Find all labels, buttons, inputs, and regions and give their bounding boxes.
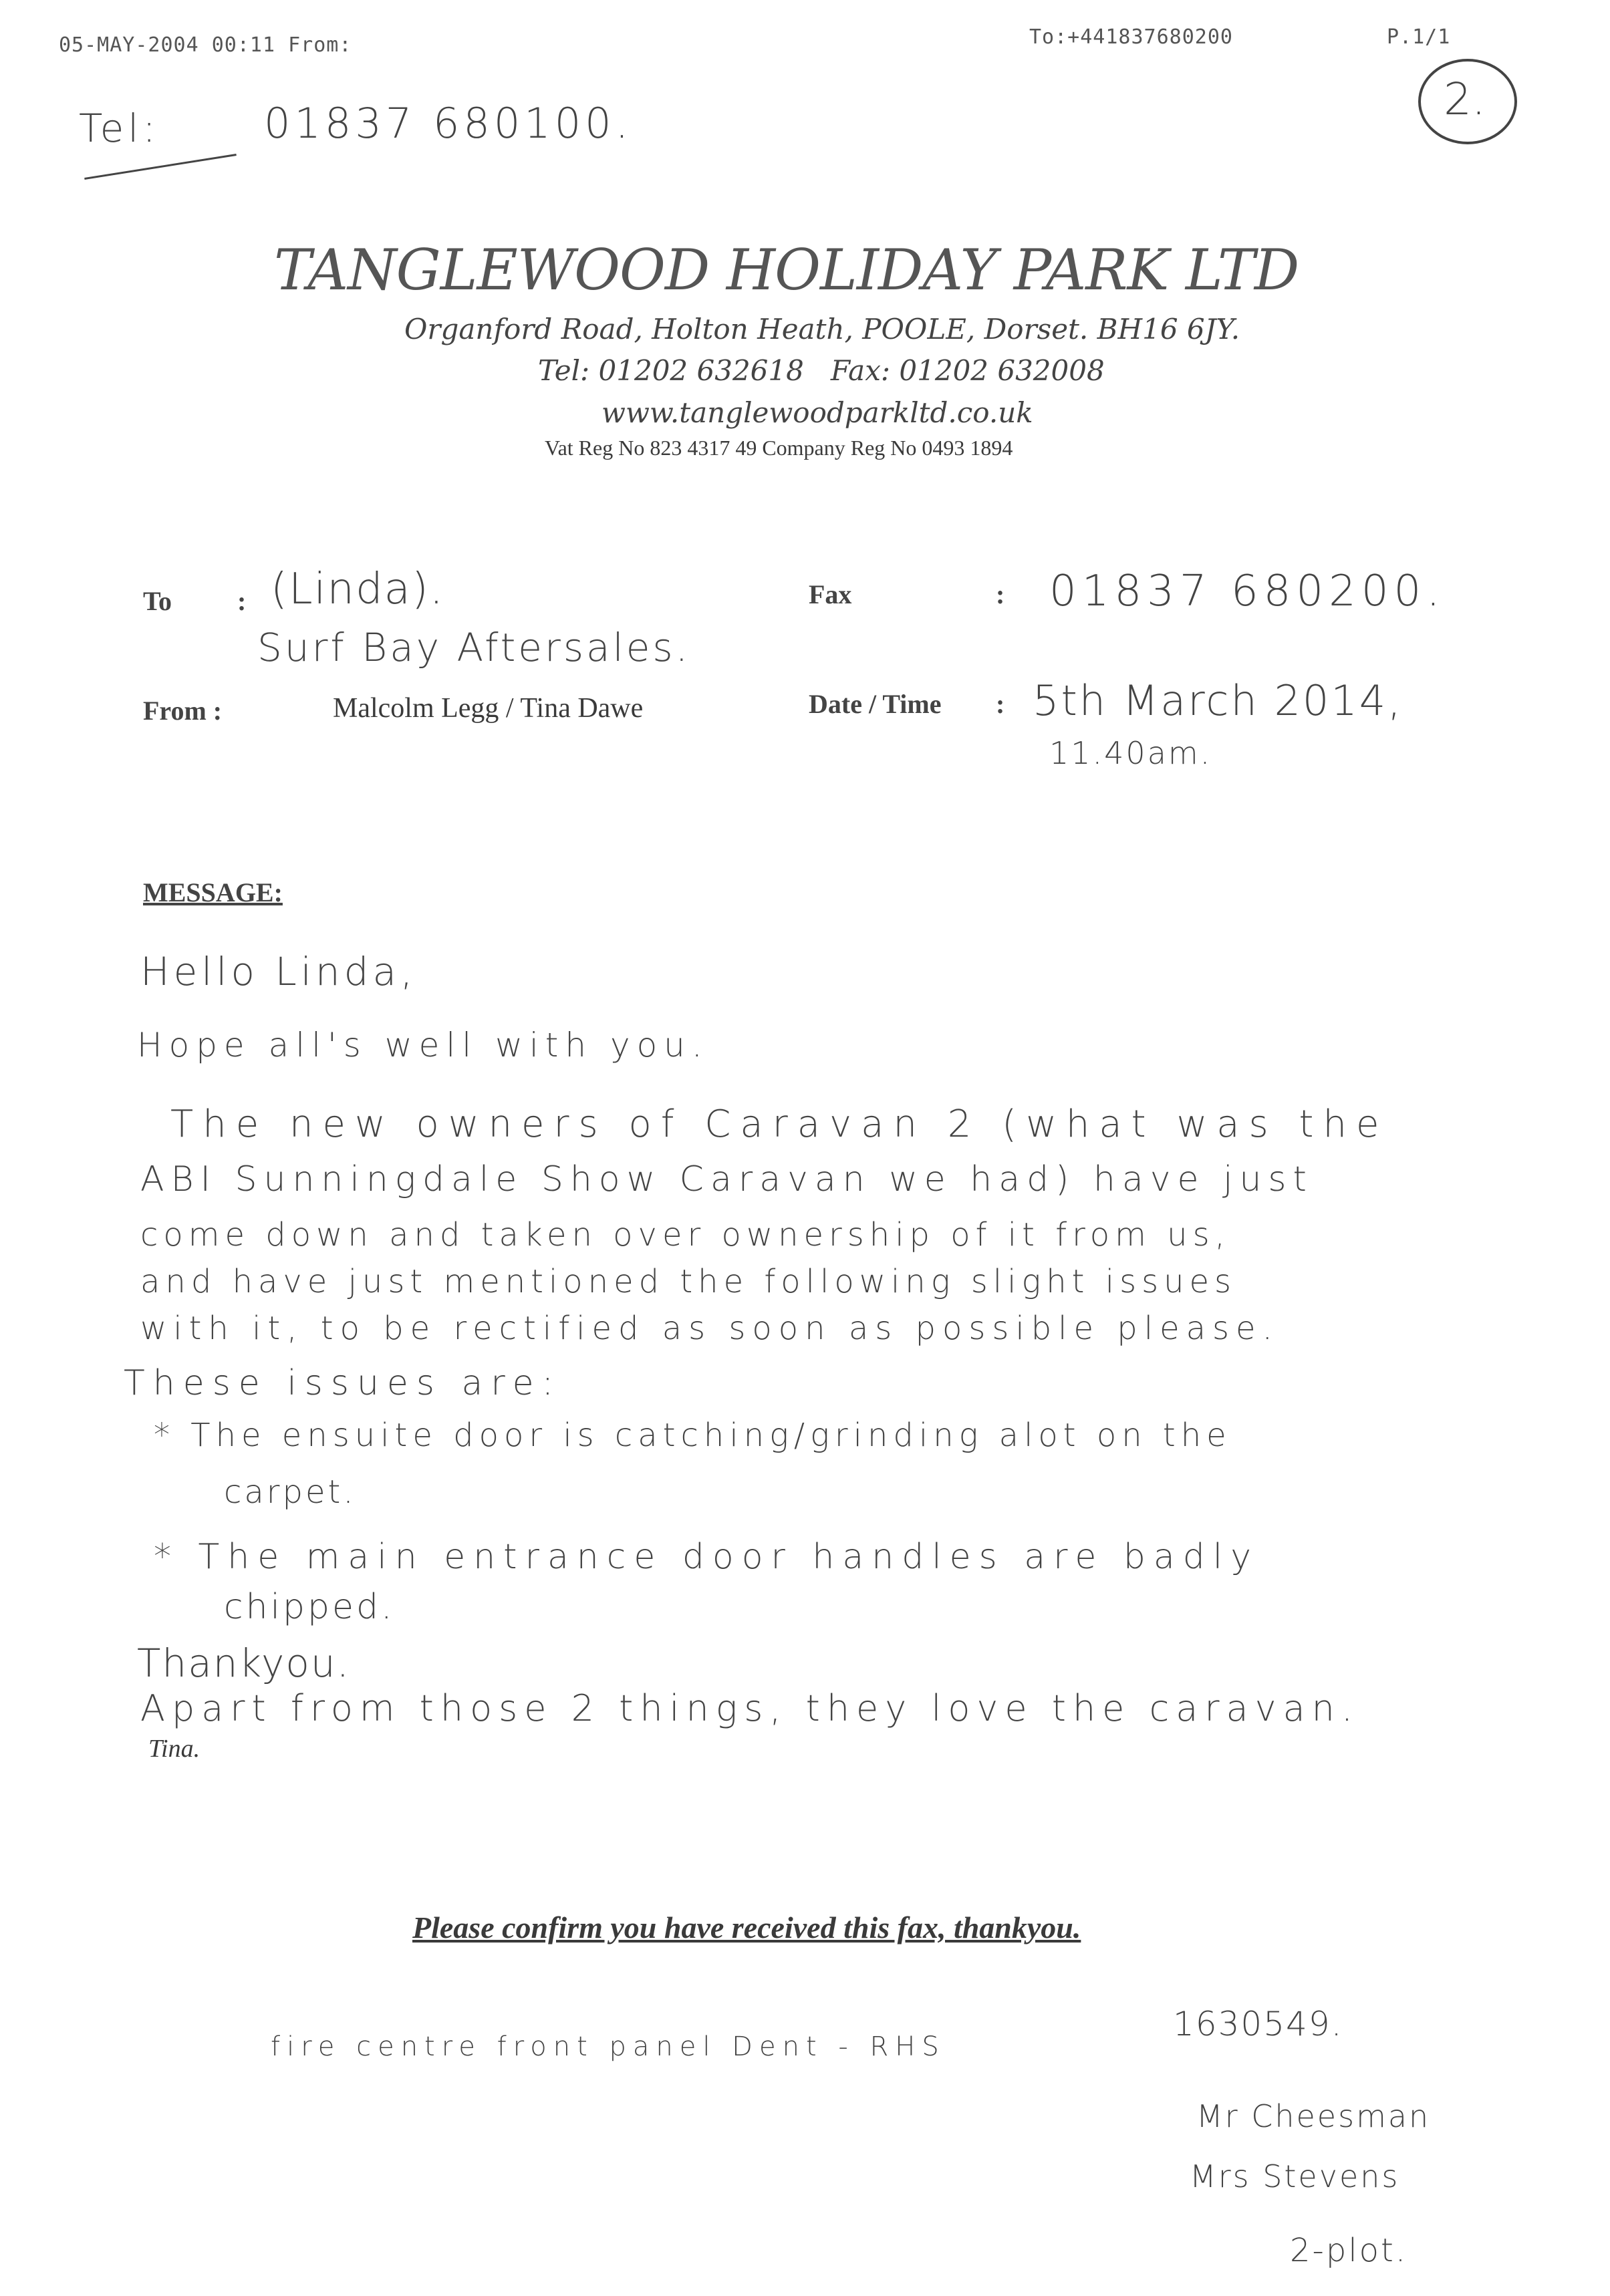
signature: Tina. (148, 1734, 200, 1763)
message-line: with it, to be rectified as soon as poss… (140, 1310, 1279, 1347)
message-line: Apart from those 2 things, they love the… (140, 1687, 1359, 1729)
company-website[interactable]: www.tanglewoodparkltd.co.uk (601, 396, 1033, 429)
annotation-fire-note: fire centre front panel Dent - RHS (271, 2031, 946, 2062)
company-registration: Vat Reg No 823 4317 49 Company Reg No 04… (545, 436, 1013, 460)
message-bullet-item: * The ensuite door is catching/grinding … (154, 1417, 1232, 1454)
message-line: ABI Sunningdale Show Caravan we had) hav… (140, 1159, 1313, 1199)
datetime-label: Date / Time (809, 688, 942, 720)
from-value: Malcolm Legg / Tina Dawe (333, 692, 643, 724)
fax-sent-timestamp: 05-MAY-2004 00:11 From: (59, 33, 352, 57)
company-phone-fax: Tel: 01202 632618 Fax: 01202 632008 (538, 354, 1105, 387)
company-name: TANGLEWOOD HOLIDAY PARK LTD (274, 237, 1299, 303)
annotation-name-2: Mrs Stevens (1190, 2158, 1399, 2194)
fax-label: Fax (809, 579, 851, 610)
to-recipient-company: Surf Bay Aftersales. (257, 625, 690, 670)
message-label: MESSAGE: (143, 877, 283, 908)
message-line: chipped. (224, 1587, 395, 1627)
message-line: Hello Linda, (140, 949, 416, 994)
fax-number-value: 01837 680200. (1049, 567, 1446, 616)
annotation-reference: 1630549. (1173, 2005, 1343, 2043)
message-line: These issues are: (124, 1363, 561, 1403)
to-label: To (143, 585, 172, 617)
handwritten-tel-label: Tel: (79, 106, 160, 151)
tel-underline (84, 154, 237, 180)
to-colon: : (237, 585, 246, 617)
message-line: carpet. (224, 1473, 356, 1511)
message-line: and have just mentioned the following sl… (140, 1263, 1236, 1300)
message-bullet-item: * The main entrance door handles are bad… (154, 1537, 1259, 1577)
to-recipient: (Linda). (271, 565, 444, 614)
confirm-notice: Please confirm you have received this fa… (412, 1910, 1081, 1945)
annotation-name-1: Mr Cheesman (1196, 2098, 1430, 2134)
message-line: Hope all's well with you. (137, 1026, 709, 1064)
annotation-plot: 2-plot. (1290, 2232, 1407, 2269)
message-line: Thankyou. (137, 1640, 350, 1686)
date-value: 5th March 2014, (1033, 676, 1403, 725)
circled-page-number: 2. (1444, 74, 1486, 125)
fax-colon: : (996, 579, 1004, 610)
datetime-colon: : (996, 688, 1004, 720)
handwritten-tel-number: 01837 680100. (264, 99, 632, 148)
message-line: come down and taken over ownership of it… (140, 1216, 1230, 1254)
company-address: Organford Road, Holton Heath, POOLE, Dor… (404, 313, 1240, 345)
fax-page-count: P.1/1 (1387, 25, 1450, 49)
message-line: The new owners of Caravan 2 (what was th… (170, 1103, 1388, 1146)
from-label: From : (143, 695, 222, 726)
time-value: 11.40am. (1049, 735, 1212, 771)
fax-to-number: To:+441837680200 (1029, 25, 1233, 49)
